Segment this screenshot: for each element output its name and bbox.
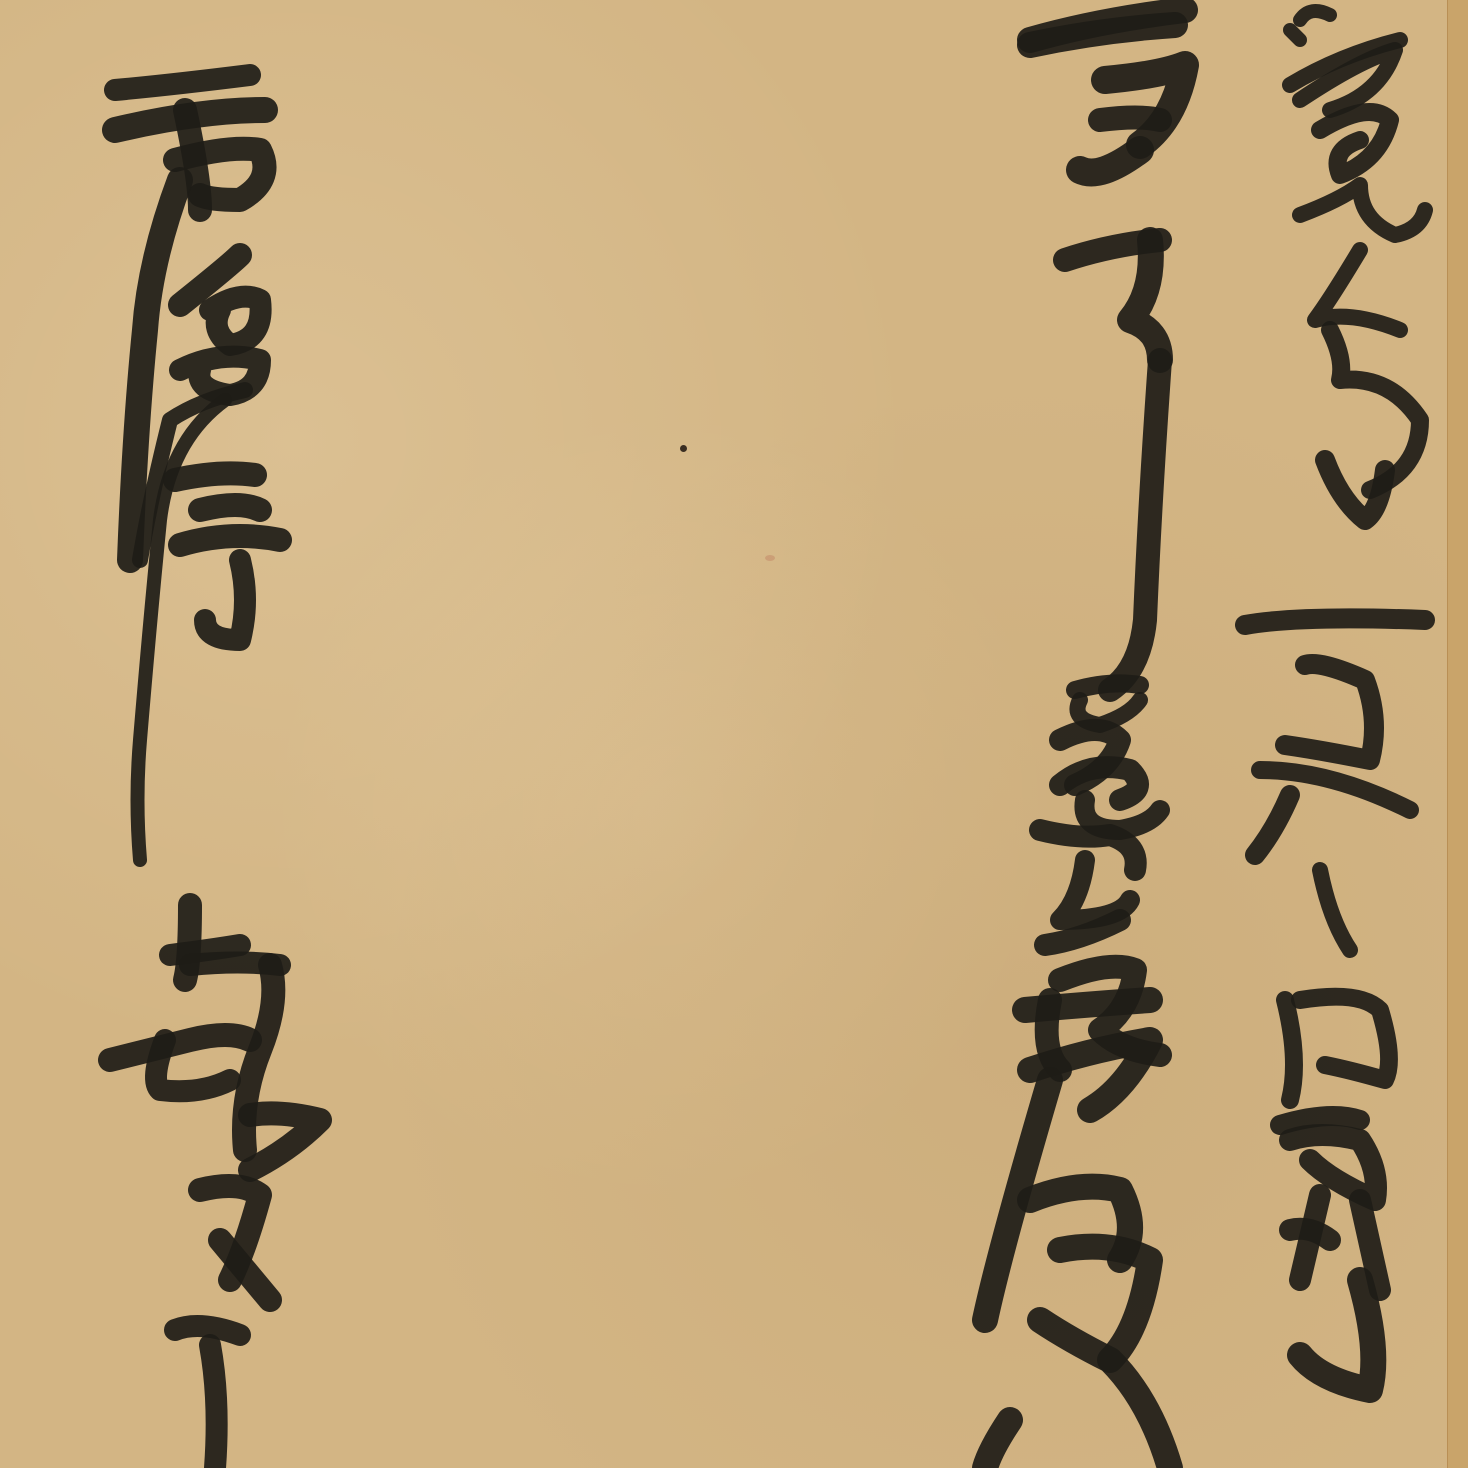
calligraphy-ink [0, 0, 1468, 1468]
column-left [110, 75, 320, 1468]
column-right [1245, 11, 1425, 1390]
column-right-second [985, 10, 1185, 1468]
calligraphy-scroll: Chinese cursive calligraphy (caoshu) on … [0, 0, 1468, 1468]
